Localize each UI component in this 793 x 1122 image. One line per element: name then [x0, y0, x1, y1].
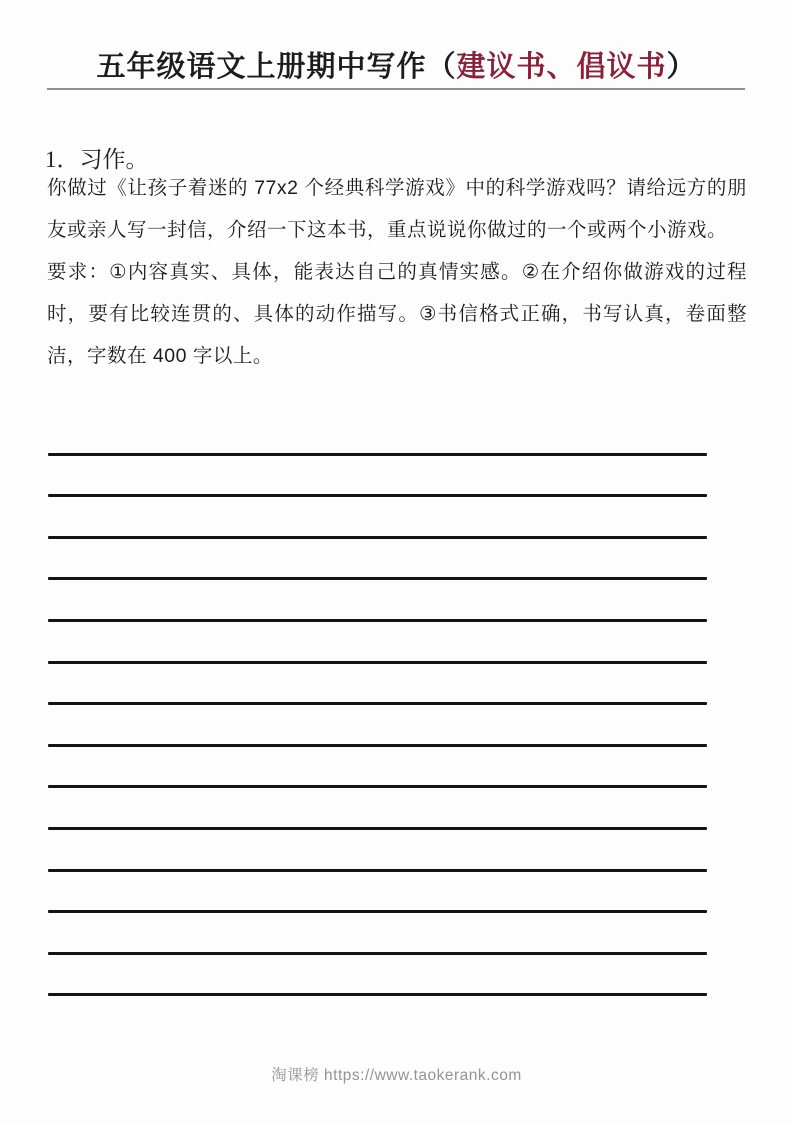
writing-line [48, 494, 707, 497]
writing-lines-area [48, 414, 707, 996]
page-title-suffix: ） [667, 51, 697, 83]
exercise-body: 你做过《让孩子着迷的 77x2 个经典科学游戏》中的科学游戏吗？请给远方的朋友或… [47, 167, 747, 377]
writing-line [48, 785, 707, 788]
page-title-highlight: 建议书、倡议书 [456, 51, 666, 83]
writing-line [48, 869, 707, 872]
page-title: 五年级语文上册期中写作（建议书、倡议书） [0, 44, 793, 85]
writing-line [48, 536, 707, 539]
title-divider [47, 88, 745, 90]
writing-line [48, 952, 707, 955]
page-title-prefix: 五年级语文上册期中写作（ [96, 51, 456, 83]
writing-line [48, 577, 707, 580]
writing-line [48, 910, 707, 913]
worksheet-page: 五年级语文上册期中写作（建议书、倡议书） 1．习作。 你做过《让孩子着迷的 77… [0, 0, 793, 1122]
requirements-paragraph: 要求：①内容真实、具体，能表达自己的真情实感。②在介绍你做游戏的过程时，要有比较… [47, 251, 747, 377]
prompt-paragraph: 你做过《让孩子着迷的 77x2 个经典科学游戏》中的科学游戏吗？请给远方的朋友或… [47, 167, 747, 251]
footer-watermark: 淘课榜 https://www.taokerank.com [0, 1063, 793, 1085]
writing-line [48, 827, 707, 830]
writing-line [48, 661, 707, 664]
writing-line [48, 993, 707, 996]
writing-line [48, 744, 707, 747]
writing-line [48, 619, 707, 622]
writing-line [48, 702, 707, 705]
writing-line [48, 453, 707, 456]
